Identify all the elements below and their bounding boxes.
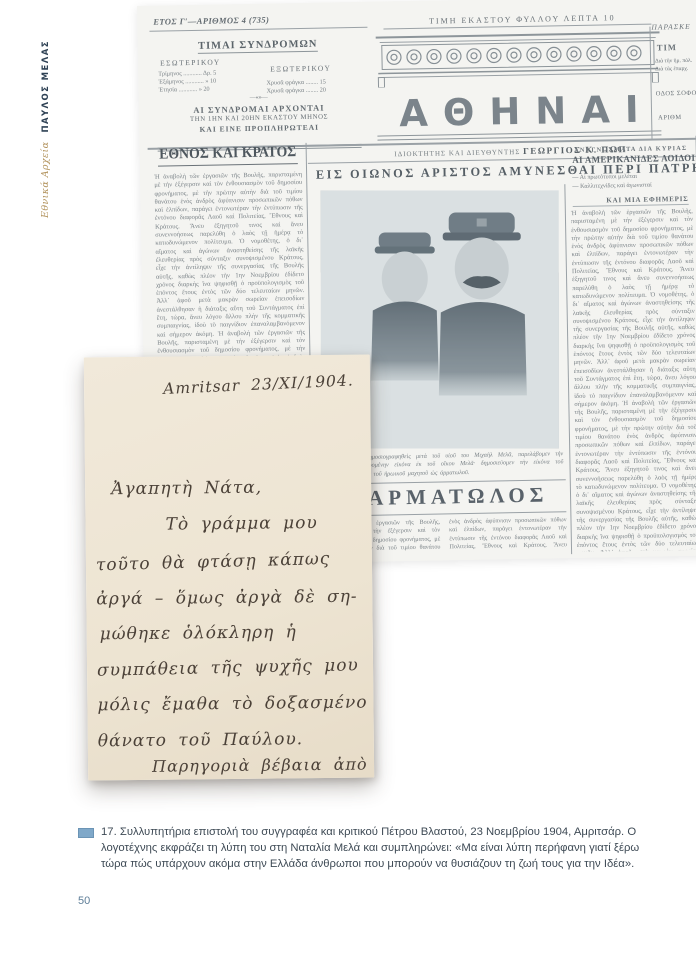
caption-marker-icon [78,828,94,838]
figure-caption: 17. Συλλυπητήρια επιστολή του συγγραφέα … [78,824,653,872]
ladies-subhead: ΚΑΙ ΜΙΑ ΕΦΗΜΕΡΙΣ [573,195,689,207]
right-info-line: Διὰ τὴν ἡμ. πόλ. [655,58,692,65]
book-page: { "palette": { "accent_blue": "#7fa8c9",… [0,0,696,960]
subscription-domestic-header: ΕΣΩΤΕΡΙΚΟΥ [160,57,221,67]
ladies-headline: ΑΙ ΑΜΕΡΙΚΑΝΙΔΕΣ ΑΟΙΔΟΙ [572,154,689,166]
newspaper-issue-line: ΕΤΟΣ Γ′—ΑΡΙΘΜΟΣ 4 (735) [153,15,269,27]
letter-dateline: Amritsar 23/XI/1904. [163,371,354,398]
right-column-body-text: Ἡ ἀναβολὴ τῶν ἐργασιῶν τῆς Βουλῆς, παρισ… [571,208,696,552]
series-script-label: Εθνικά Αρχεία [40,142,51,218]
letter-line: θάνατο τοῦ Παύλου. [98,729,304,751]
newspaper-masthead-title: ΑΘΗΝΑΙ [377,89,662,134]
right-info-line: ΑΡΙΘΜ [658,114,682,121]
page-number: 50 [78,895,90,907]
spine-label: Εθνικά Αρχεία ΠΑΥΛΟΣ ΜΕΛΑΣ [40,40,51,218]
subscription-row: Ἐτησία ............ » 20 [158,85,250,94]
right-info-line: ΤΙΜ [657,42,677,52]
ladies-bullet: — Αἱ πρωτότυποι μελέται [572,173,637,181]
subscription-title: ΤΙΜΑΙ ΣΥΝΔΡΟΜΩΝ [198,39,318,54]
owner-kicker: ΙΔΙΟΚΤΗΤΗΣ ΚΑΙ ΔΙΕΥΘΥΝΤΗΣ [394,148,520,158]
left-column-headline: ΕΘΝΟΣ ΚΑΙ ΚΡΑΤΟΣ [158,144,298,167]
letter-line: ἀργά – ὅμως ἀργὰ δὲ ση- [96,587,358,610]
letter-line: Τὸ γράμμα μου [165,513,317,535]
letter-line: μόλις ἔμαθα τὸ δοξασμένο [97,693,367,716]
letter-line: Παρηγοριὰ βέβαια ἀπὸ [152,755,368,776]
letter-line: συμπάθεια τῆς ψυχῆς μου [97,655,359,680]
rule-under-issue [149,27,367,32]
letter-line: τοῦτο θὰ φτάσῃ κάπως [96,549,331,576]
subscription-box: ΤΙΜΑΙ ΣΥΝΔΡΟΜΩΝ ΕΣΩΤΕΡΙΚΟΥ Τρίμηνος ....… [152,38,366,152]
subscription-notice-3: ΚΑΙ ΕΙΝΕ ΠΡΟΠΛΗΡΩΤΕΑΙ [153,122,365,135]
letter-line: μώθηκε ὁλόκληρη ἡ [100,622,297,644]
subscription-separator: —«»— [153,93,365,103]
right-info-line: Διὰ τὰς ἐπαρχ. [655,66,688,73]
right-info-line: ΟΔΟΣ ΣΟΦΟΚΛ [656,90,696,98]
letter-line: Ἀγαπητὴ Νάτα, [111,478,262,500]
masthead-block: ΑΘΗΝΑΙ [376,28,662,145]
caption-text: 17. Συλλυπητήρια επιστολή του συγγραφέα … [101,824,653,872]
temple-frieze-ornament [376,28,661,87]
handwritten-letter: Amritsar 23/XI/1904. Ἀγαπητὴ Νάτα, Τὸ γρ… [84,355,374,781]
book-title-label: ΠΑΥΛΟΣ ΜΕΛΑΣ [41,40,51,132]
subscription-foreign-header: ΕΞΩΤΕΡΙΚΟΥ [270,63,331,73]
ladies-bullet: — Καλλιτεχνίδες καὶ ἀγωνισταί [572,182,651,190]
